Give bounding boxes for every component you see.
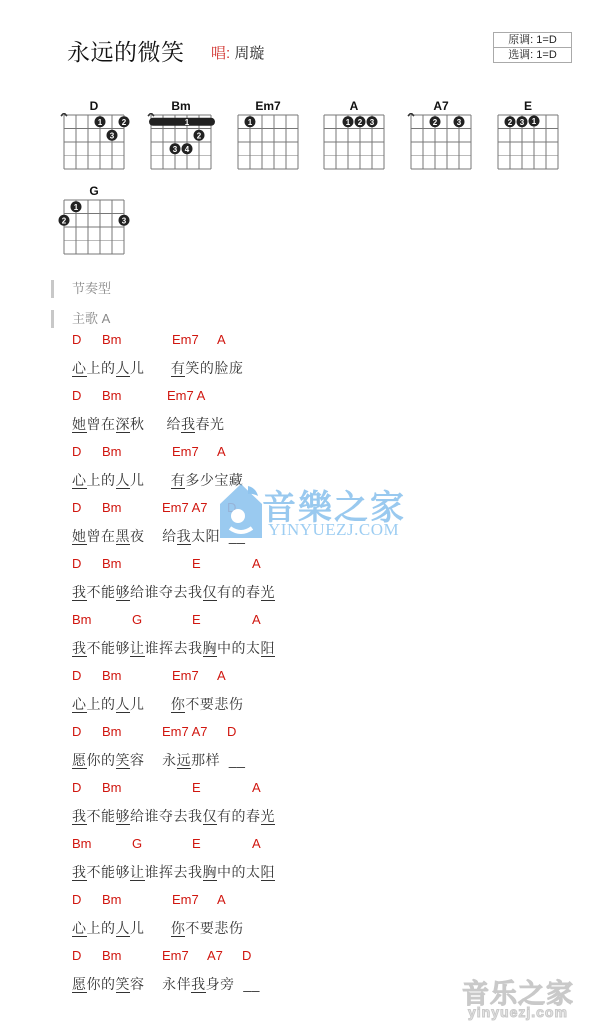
chord-label: Bm (72, 612, 92, 627)
chord-diagram-a: A 123 (314, 99, 394, 179)
chord-label: E (192, 780, 201, 795)
chord-label: Em7 (172, 444, 199, 459)
lyric-line: 心上的人儿 有笑的脸庞 (72, 358, 243, 378)
section-verse-a: 主歌 A (51, 310, 110, 328)
svg-text:2: 2 (508, 118, 513, 127)
chord-label: D (72, 556, 81, 571)
svg-text:1: 1 (248, 118, 253, 127)
chord-label: D (72, 780, 81, 795)
chord-diagram-e: E 123 (488, 99, 568, 179)
chord-label: Bm (102, 948, 122, 963)
chord-label: D (72, 668, 81, 683)
chord-name: Em7 (228, 99, 308, 113)
chord-label: G (132, 836, 142, 851)
chord-label: Bm (102, 556, 122, 571)
chord-label: Em7 (172, 892, 199, 907)
chord-name: D (54, 99, 134, 113)
lyric-line: 我不能够让谁挥去我胸中的太阳 (72, 638, 275, 658)
svg-text:1: 1 (532, 117, 537, 126)
chord-diagram-bm: Bm 1234 (141, 99, 221, 179)
selected-key: 选调: 1=D (494, 47, 571, 62)
chord-grid: 1234 (141, 113, 221, 173)
lyric-line: 我不能够让谁挥去我胸中的太阳 (72, 862, 275, 882)
watermark: 音樂之家 YINYUEZJ.COM (218, 478, 418, 548)
chord-label: D (72, 332, 81, 347)
svg-text:3: 3 (110, 131, 115, 140)
chord-label: A (217, 444, 226, 459)
key-box: 原调: 1=D 选调: 1=D (493, 32, 572, 63)
singer-label: 唱: (211, 45, 230, 62)
svg-text:2: 2 (197, 131, 202, 140)
svg-text:1: 1 (185, 118, 190, 127)
chord-name: A7 (401, 99, 481, 113)
svg-text:3: 3 (173, 145, 178, 154)
chord-label: A (217, 892, 226, 907)
chord-label: D (72, 948, 81, 963)
chord-label: Bm (102, 724, 122, 739)
chord-label: D (72, 724, 81, 739)
chord-diagram-d: D 123 (54, 99, 134, 179)
chord-label: A (252, 780, 261, 795)
chord-label: Bm (102, 892, 122, 907)
chord-diagram-em7: Em7 1 (228, 99, 308, 179)
song-title: 永远的微笑 (67, 34, 185, 67)
svg-text:1: 1 (346, 118, 351, 127)
chord-label: A (252, 556, 261, 571)
chord-label: Em7 (172, 332, 199, 347)
chord-label: D (72, 444, 81, 459)
lyric-line: 我不能够给谁夺去我仅有的春光 (72, 806, 275, 826)
chord-label: Em7 A7 (162, 500, 208, 515)
singer-name: 周璇 (234, 45, 264, 62)
chord-name: G (54, 184, 134, 198)
chord-name: A (314, 99, 394, 113)
chord-label: A (252, 836, 261, 851)
lyric-line: 心上的人儿 有多少宝藏 (72, 470, 243, 490)
corner-watermark-en: yinyuezj.com (468, 1004, 568, 1020)
chord-label: Bm (102, 388, 122, 403)
svg-text:1: 1 (98, 118, 103, 127)
svg-text:1: 1 (74, 203, 79, 212)
watermark-cn: 音樂之家 (262, 480, 406, 529)
svg-text:2: 2 (433, 118, 438, 127)
chord-label: A (217, 332, 226, 347)
chord-label: D (72, 388, 81, 403)
svg-text:2: 2 (62, 216, 67, 225)
lyric-line: 心上的人儿 你不要悲伤 (72, 918, 243, 938)
chord-label: Bm (102, 444, 122, 459)
chord-diagram-a7: A7 23 (401, 99, 481, 179)
chord-label: Bm (102, 332, 122, 347)
lyric-line: 愿你的笑容 永远那样 __ (72, 750, 245, 770)
chord-label: G (132, 612, 142, 627)
chord-grid: 123 (54, 113, 134, 173)
original-key: 原调: 1=D (494, 33, 571, 47)
chord-label: D (72, 500, 81, 515)
chord-grid: 123 (54, 198, 134, 258)
svg-text:3: 3 (370, 118, 375, 127)
svg-text:3: 3 (122, 216, 127, 225)
chord-label: Em7 A7 (162, 724, 208, 739)
chord-label: D (242, 948, 251, 963)
chord-grid: 23 (401, 113, 481, 173)
chord-label: Em7 (172, 668, 199, 683)
svg-text:4: 4 (185, 145, 190, 154)
chord-label: D (72, 892, 81, 907)
lyric-line: 心上的人儿 你不要悲伤 (72, 694, 243, 714)
watermark-en: YINYUEZJ.COM (268, 520, 399, 540)
chord-label: Bm (102, 668, 122, 683)
chord-label: Bm (72, 836, 92, 851)
chord-label: D (227, 724, 236, 739)
chord-label: Em7 A (167, 388, 205, 403)
chord-label: Em7 (162, 948, 189, 963)
chord-label: E (192, 612, 201, 627)
lyric-line: 我不能够给谁夺去我仅有的春光 (72, 582, 275, 602)
chord-label: D (227, 500, 236, 515)
lyric-line: 她曾在深秋 给我春光 (72, 414, 224, 434)
svg-text:3: 3 (520, 118, 525, 127)
chord-name: Bm (141, 99, 221, 113)
chord-label: Bm (102, 500, 122, 515)
chord-label: E (192, 556, 201, 571)
lyric-line: 愿你的笑容 永伴我身旁 __ (72, 974, 260, 994)
chord-label: A (252, 612, 261, 627)
chord-grid: 123 (314, 113, 394, 173)
corner-watermark: 音乐之家 yinyuezj.com (462, 972, 602, 1022)
svg-text:2: 2 (122, 118, 127, 127)
chord-label: Bm (102, 780, 122, 795)
chord-name: E (488, 99, 568, 113)
chord-label: A (217, 668, 226, 683)
chord-grid: 1 (228, 113, 308, 173)
singer-info: 唱: 周璇 (211, 42, 264, 63)
lyric-line: 她曾在黑夜 给我太阳 __ (72, 526, 245, 546)
chord-grid: 123 (488, 113, 568, 173)
section-rhythm: 节奏型 (51, 280, 111, 298)
svg-text:2: 2 (358, 118, 363, 127)
svg-text:3: 3 (457, 118, 462, 127)
chord-label: E (192, 836, 201, 851)
chord-diagram-g: G 123 (54, 184, 134, 264)
chord-label: A7 (207, 948, 223, 963)
